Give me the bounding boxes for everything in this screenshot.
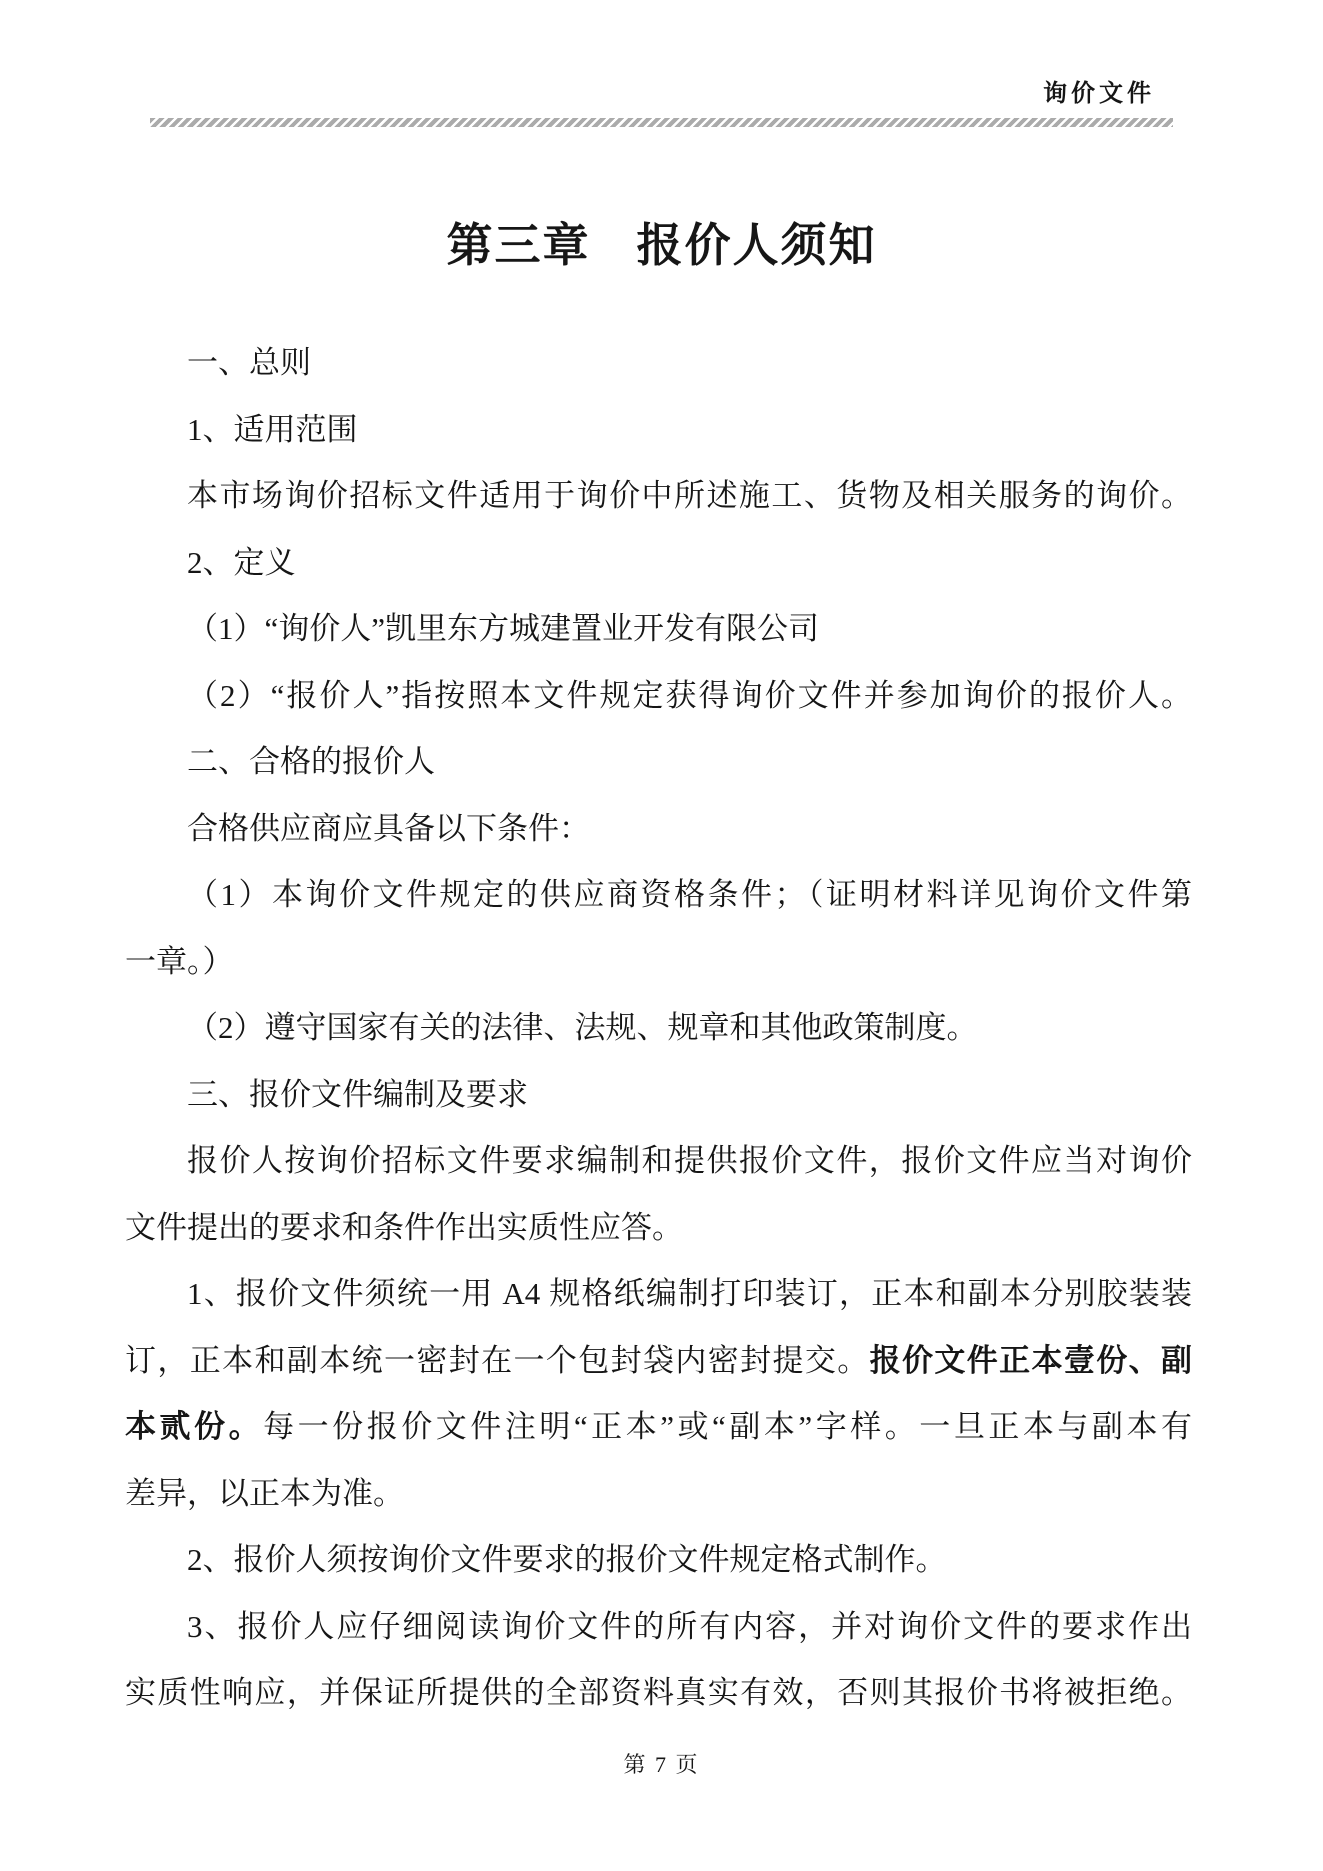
page-footer: 第 7 页 <box>0 1748 1323 1779</box>
text-line: 合格供应商应具备以下条件： <box>125 796 1192 863</box>
text-segment: 2、报价人须按询价文件要求的报价文件规定格式制作。 <box>187 1542 947 1577</box>
chapter-number: 第三章 <box>447 220 591 271</box>
text-line: 本贰份。每一份报价文件注明“正本”或“副本”字样。一旦正本与副本有 <box>125 1394 1192 1461</box>
text-segment: （1）“询价人”凯里东方城建置业开发有限公司 <box>187 611 819 646</box>
text-line: 报价人按询价招标文件要求编制和提供报价文件，报价文件应当对询价 <box>125 1128 1192 1195</box>
text-segment: 订，正本和副本统一密封在一个包封袋内密封提交。 <box>125 1343 870 1378</box>
text-line: （2）遵守国家有关的法律、法规、规章和其他政策制度。 <box>125 995 1192 1062</box>
text-segment: 一章。） <box>125 944 234 979</box>
text-line: 一、总则 <box>125 330 1192 397</box>
text-segment: 3、报价人应仔细阅读询价文件的所有内容，并对询价文件的要求作出 <box>187 1609 1192 1644</box>
text-segment: 本市场询价招标文件适用于询价中所述施工、货物及相关服务的询价。 <box>187 478 1192 513</box>
bold-text-segment: 报价文件正本壹份、副 <box>870 1343 1192 1378</box>
text-line: 二、合格的报价人 <box>125 729 1192 796</box>
text-segment: 合格供应商应具备以下条件： <box>187 811 590 846</box>
page-number: 第 7 页 <box>623 1752 699 1777</box>
text-segment: （2）“报价人”指按照本文件规定获得询价文件并参加询价的报价人。 <box>187 678 1192 713</box>
text-line: 1、报价文件须统一用 A4 规格纸编制打印装订，正本和副本分别胶装装 <box>125 1261 1192 1328</box>
text-line: （2）“报价人”指按照本文件规定获得询价文件并参加询价的报价人。 <box>125 663 1192 730</box>
text-line: 2、定义 <box>125 530 1192 597</box>
text-segment: （2）遵守国家有关的法律、法规、规章和其他政策制度。 <box>187 1010 978 1045</box>
text-line: 三、报价文件编制及要求 <box>125 1062 1192 1129</box>
text-segment: 1、报价文件须统一用 A4 规格纸编制打印装订，正本和副本分别胶装装 <box>187 1276 1192 1311</box>
text-line: 实质性响应，并保证所提供的全部资料真实有效，否则其报价书将被拒绝。 <box>125 1660 1192 1727</box>
text-line: 一章。） <box>125 929 1192 996</box>
chapter-name: 报价人须知 <box>637 220 877 271</box>
header-doc-type-label: 询价文件 <box>0 80 1155 109</box>
text-segment: 报价人按询价招标文件要求编制和提供报价文件，报价文件应当对询价 <box>187 1143 1192 1178</box>
document-body: 一、总则1、适用范围本市场询价招标文件适用于询价中所述施工、货物及相关服务的询价… <box>125 330 1192 1727</box>
document-page: 询价文件 第三章报价人须知 一、总则1、适用范围本市场询价招标文件适用于询价中所… <box>0 0 1323 1871</box>
text-line: 差异，以正本为准。 <box>125 1461 1192 1528</box>
bold-text-segment: 本贰份。 <box>125 1409 263 1444</box>
text-line: 3、报价人应仔细阅读询价文件的所有内容，并对询价文件的要求作出 <box>125 1594 1192 1661</box>
text-line: 文件提出的要求和条件作出实质性应答。 <box>125 1195 1192 1262</box>
text-line: 本市场询价招标文件适用于询价中所述施工、货物及相关服务的询价。 <box>125 463 1192 530</box>
text-segment: 三、报价文件编制及要求 <box>187 1077 528 1112</box>
text-line: 1、适用范围 <box>125 397 1192 464</box>
text-segment: 差异，以正本为准。 <box>125 1476 404 1511</box>
text-segment: 1、适用范围 <box>187 412 358 447</box>
chapter-title: 第三章报价人须知 <box>0 220 1323 273</box>
text-line: （1）本询价文件规定的供应商资格条件；（证明材料详见询价文件第 <box>125 862 1192 929</box>
text-line: （1）“询价人”凯里东方城建置业开发有限公司 <box>125 596 1192 663</box>
text-segment: 2、定义 <box>187 545 296 580</box>
text-segment: 每一份报价文件注明“正本”或“副本”字样。一旦正本与副本有 <box>263 1409 1192 1444</box>
text-segment: 二、合格的报价人 <box>187 744 435 779</box>
text-segment: 一、总则 <box>187 345 311 380</box>
text-segment: 文件提出的要求和条件作出实质性应答。 <box>125 1210 683 1245</box>
header-hatched-rule <box>150 118 1173 127</box>
text-segment: 实质性响应，并保证所提供的全部资料真实有效，否则其报价书将被拒绝。 <box>125 1675 1192 1710</box>
text-line: 2、报价人须按询价文件要求的报价文件规定格式制作。 <box>125 1527 1192 1594</box>
text-line: 订，正本和副本统一密封在一个包封袋内密封提交。报价文件正本壹份、副 <box>125 1328 1192 1395</box>
text-segment: （1）本询价文件规定的供应商资格条件；（证明材料详见询价文件第 <box>187 877 1192 912</box>
